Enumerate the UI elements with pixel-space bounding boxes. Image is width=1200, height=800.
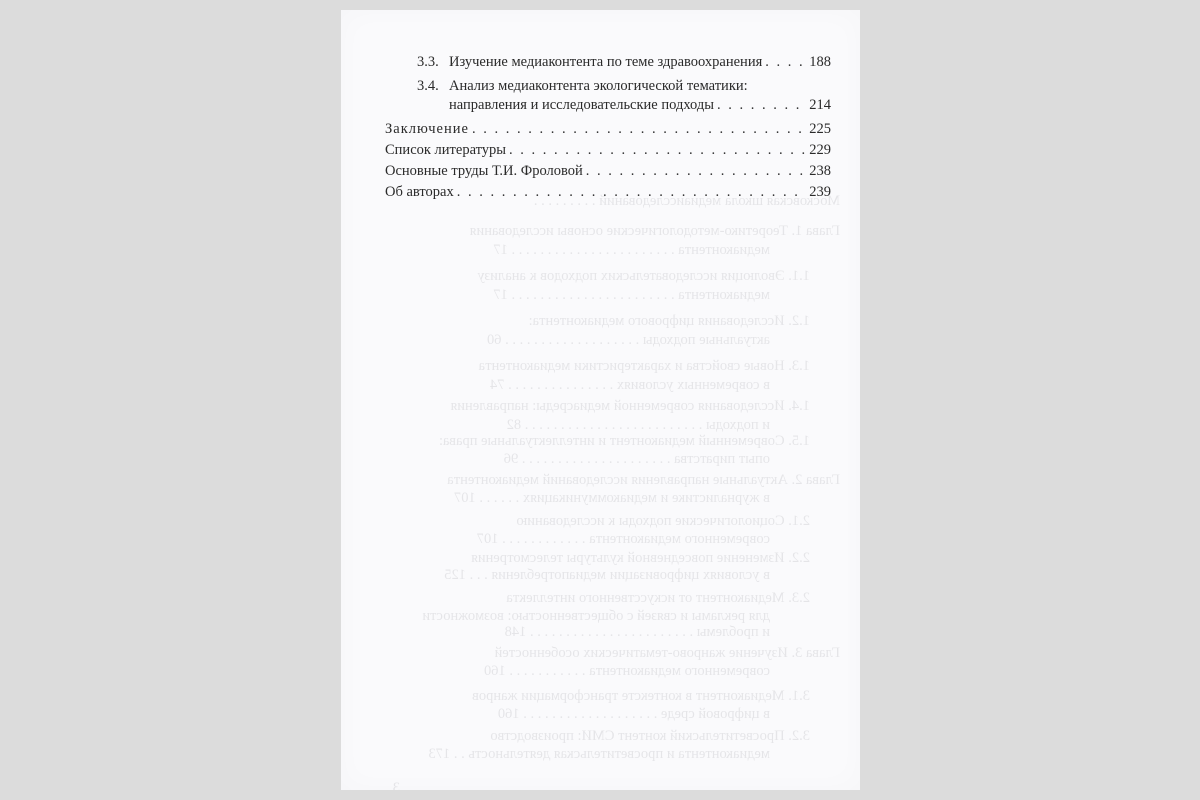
toc-leader-dots — [509, 141, 806, 160]
toc-entry-title: Изучение медиаконтента по теме здравоохр… — [449, 53, 762, 72]
toc-entry-title-line2: направления и исследовательские подходы — [449, 96, 714, 115]
toc-entry: 3.4.Анализ медиаконтента экологической т… — [417, 77, 748, 96]
toc-entry-page: 239 — [809, 183, 831, 202]
toc-leader-dots — [457, 183, 807, 202]
toc-entry-page: 229 — [809, 141, 831, 160]
toc-leader-dots — [765, 53, 806, 72]
toc-leader-dots — [717, 96, 806, 115]
toc-entry: Основные труды Т.И. Фроловой 238 — [385, 162, 831, 181]
toc-entry-title: Основные труды Т.И. Фроловой — [385, 162, 583, 181]
toc-entry-page: 238 — [809, 162, 831, 181]
toc-entry-title: Об авторах — [385, 183, 454, 202]
toc-entry-title-line1: Анализ медиаконтента экологической темат… — [449, 78, 748, 94]
toc-entry-number: 3.3. — [417, 53, 449, 72]
toc-leader-dots — [472, 120, 806, 139]
toc-entry: Заключение 225 — [385, 120, 831, 139]
toc-entry: Об авторах 239 — [385, 183, 831, 202]
toc-entry-title: Заключение — [385, 120, 469, 139]
toc-entry-page: 188 — [809, 53, 831, 72]
toc-entry-page: 225 — [809, 120, 831, 139]
toc-entry: 3.3. Изучение медиаконтента по теме здра… — [417, 53, 831, 72]
toc-entry-continuation: направления и исследовательские подходы … — [449, 96, 831, 115]
toc-entry: Список литературы 229 — [385, 141, 831, 160]
document-page: Московская школа медиаисследований . . .… — [341, 10, 860, 790]
toc-leader-dots — [586, 162, 807, 181]
toc-entry-page: 214 — [809, 96, 831, 115]
toc-entry-number: 3.4. — [417, 77, 449, 96]
toc-entry-title: Список литературы — [385, 141, 506, 160]
